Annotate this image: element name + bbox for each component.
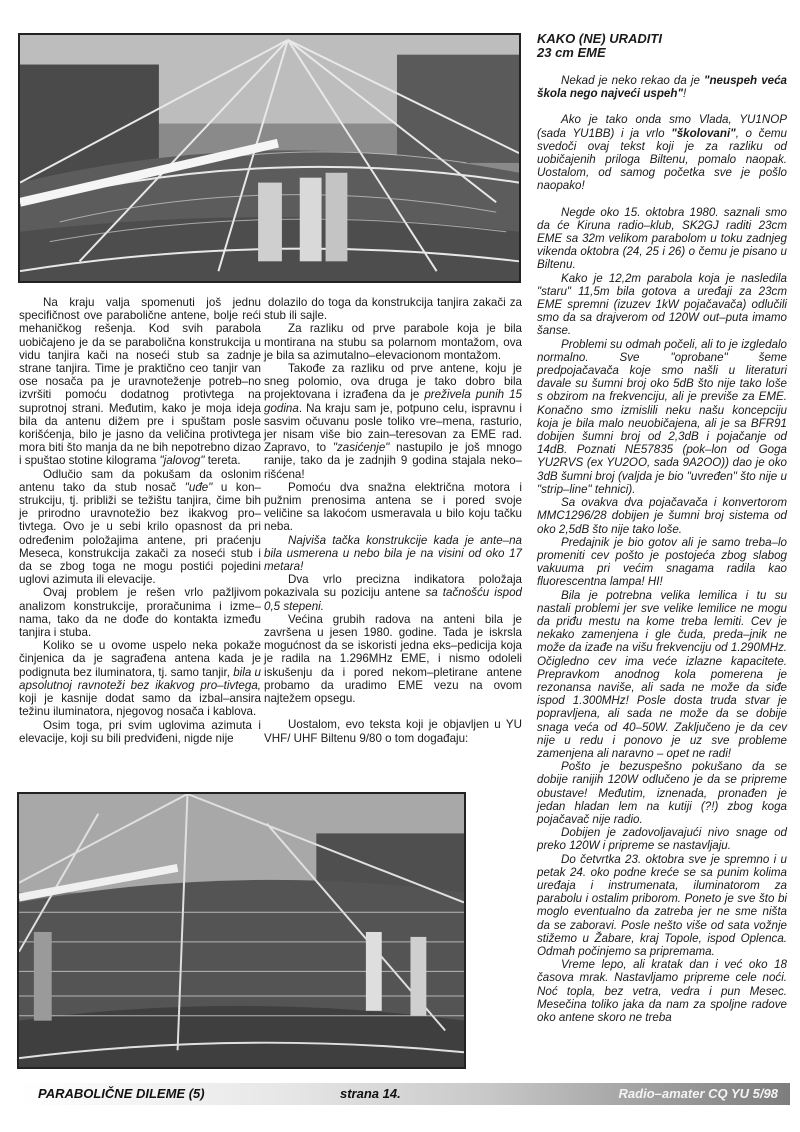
left-paragraph-1: Na kraju valja spomenuti još jednu speci… — [19, 296, 261, 468]
left-column: Na kraju valja spomenuti još jednu speci… — [19, 296, 261, 745]
left-paragraph-2: Odlučio sam da pokušam da oslonim antenu… — [19, 468, 261, 587]
right-paragraph-1: Negde oko 15. oktobra 1980. saznali smo … — [537, 206, 787, 272]
right-paragraph-3: Problemi su odmah počeli, ali to je izgl… — [537, 338, 787, 496]
middle-paragraph-3: Takođe za razliku od prve antene, koju j… — [264, 362, 522, 481]
middle-paragraph-1: dolazilo do toga da konstrukcija tanjira… — [264, 296, 522, 322]
right-paragraph-2: Kako je 12,2m parabola koja je nasledila… — [537, 272, 787, 338]
bottom-antenna-photo — [17, 792, 466, 1069]
right-paragraph-5: Predajnik je bio gotov ali je samo treba… — [537, 536, 787, 589]
left-paragraph-5: Osim toga, pri svim uglovima azimuta i e… — [19, 719, 261, 745]
right-paragraph-7: Pošto je bezuspešno pokušano da se dobij… — [537, 760, 787, 826]
middle-paragraph-5: Najviša tačka konstrukcije kada je ante–… — [264, 534, 522, 574]
right-intro: Nekad je neko rekao da je "neuspeh veća … — [537, 74, 787, 100]
right-paragraph-4: Sa ovakva dva pojačavača i konvertorom M… — [537, 496, 787, 536]
middle-column: dolazilo do toga da konstrukcija tanjira… — [264, 296, 522, 745]
middle-paragraph-7: Većina grubih radova na anteni bila je z… — [264, 613, 522, 705]
right-paragraph-authors: Ako je tako onda smo Vlada, YU1NOP (sada… — [537, 113, 787, 192]
left-paragraph-4: Koliko se u ovome uspelo neka pokaže čin… — [19, 639, 261, 718]
top-antenna-photo — [18, 33, 521, 283]
antenna-lattice-photo-graphic — [19, 794, 464, 1067]
left-paragraph-3: Ovaj problem je rešen vrlo pažljivom ana… — [19, 586, 261, 639]
article-title: KAKO (NE) URADITI 23 cm EME — [537, 32, 787, 60]
middle-paragraph-4: Pomoću dva snažna električna motora i pu… — [264, 481, 522, 534]
right-paragraph-6: Bila je potrebna velika lemilica i tu su… — [537, 589, 787, 761]
page-footer: PARABOLIČNE DILEME (5) strana 14. Radio–… — [20, 1083, 790, 1105]
antenna-photo-graphic — [20, 35, 519, 281]
right-column: KAKO (NE) URADITI 23 cm EME Nekad je nek… — [537, 32, 787, 1024]
middle-paragraph-8: Uostalom, evo teksta koji je objavljen u… — [264, 718, 522, 744]
right-paragraph-10: Vreme lepo, ali kratak dan i već oko 18 … — [537, 958, 787, 1024]
footer-publication: Radio–amater CQ YU 5/98 — [619, 1086, 778, 1101]
right-paragraph-8: Dobijen je zadovoljavajući nivo snage od… — [537, 826, 787, 852]
middle-paragraph-2: Za razliku od prve parabole koja je bila… — [264, 322, 522, 362]
right-paragraph-9: Do četvrtka 23. oktobra sve je spremno i… — [537, 853, 787, 959]
middle-paragraph-6: Dva vrlo precizna indikatora položaja po… — [264, 573, 522, 613]
footer-page-number: strana 14. — [340, 1086, 401, 1101]
footer-section-title: PARABOLIČNE DILEME (5) — [38, 1086, 205, 1101]
